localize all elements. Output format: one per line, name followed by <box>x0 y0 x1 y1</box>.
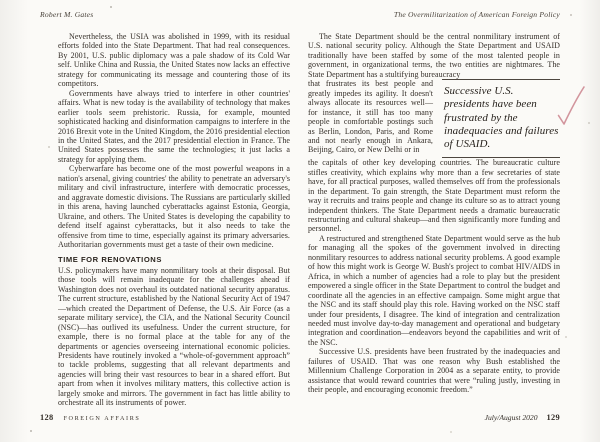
pull-quote-text: Successive U.S. presidents have been fru… <box>444 85 559 150</box>
left-page-body: Nevertheless, the USIA was abolished in … <box>58 32 290 408</box>
paragraph: Successive U.S. presidents have been fru… <box>308 347 560 394</box>
right-page-footer: July/August 2020 129 <box>308 413 560 422</box>
text-wrap-row: that frustrates its best people and grea… <box>308 79 560 158</box>
paragraph: U.S. policymakers have many nonmilitary … <box>58 266 290 408</box>
left-running-head-author: Robert M. Gates <box>40 10 93 19</box>
magazine-spread: Robert M. Gates Nevertheless, the USIA w… <box>0 0 600 442</box>
paragraph-beside-pull-quote: that frustrates its best people and grea… <box>308 79 433 155</box>
page-number: 129 <box>547 413 560 422</box>
right-running-head-article-title: The Overmilitarization of American Forei… <box>308 10 560 19</box>
page-number: 128 <box>40 413 53 422</box>
handwritten-checkmark-icon <box>556 84 586 134</box>
section-heading: TIME FOR RENOVATIONS <box>58 255 290 264</box>
scan-noise-specks <box>110 6 112 8</box>
paragraph: Governments have always tried to interfe… <box>58 89 290 165</box>
magazine-name: FOREIGN AFFAIRS <box>63 415 140 422</box>
pull-quote: Successive U.S. presidents have been fru… <box>442 79 560 158</box>
right-page-body: The State Department should be the centr… <box>308 32 560 408</box>
paragraph: Nevertheless, the USIA was abolished in … <box>58 32 290 89</box>
issue-date: July/August 2020 <box>485 413 538 422</box>
paragraph: The State Department should be the centr… <box>308 32 560 79</box>
paragraph: A restructured and strengthened State De… <box>308 234 560 347</box>
paragraph: Cyberwarfare has become one of the most … <box>58 164 290 249</box>
left-page-footer: 128 FOREIGN AFFAIRS <box>40 413 140 422</box>
paragraph: the capitals of other key developing cou… <box>308 158 560 234</box>
